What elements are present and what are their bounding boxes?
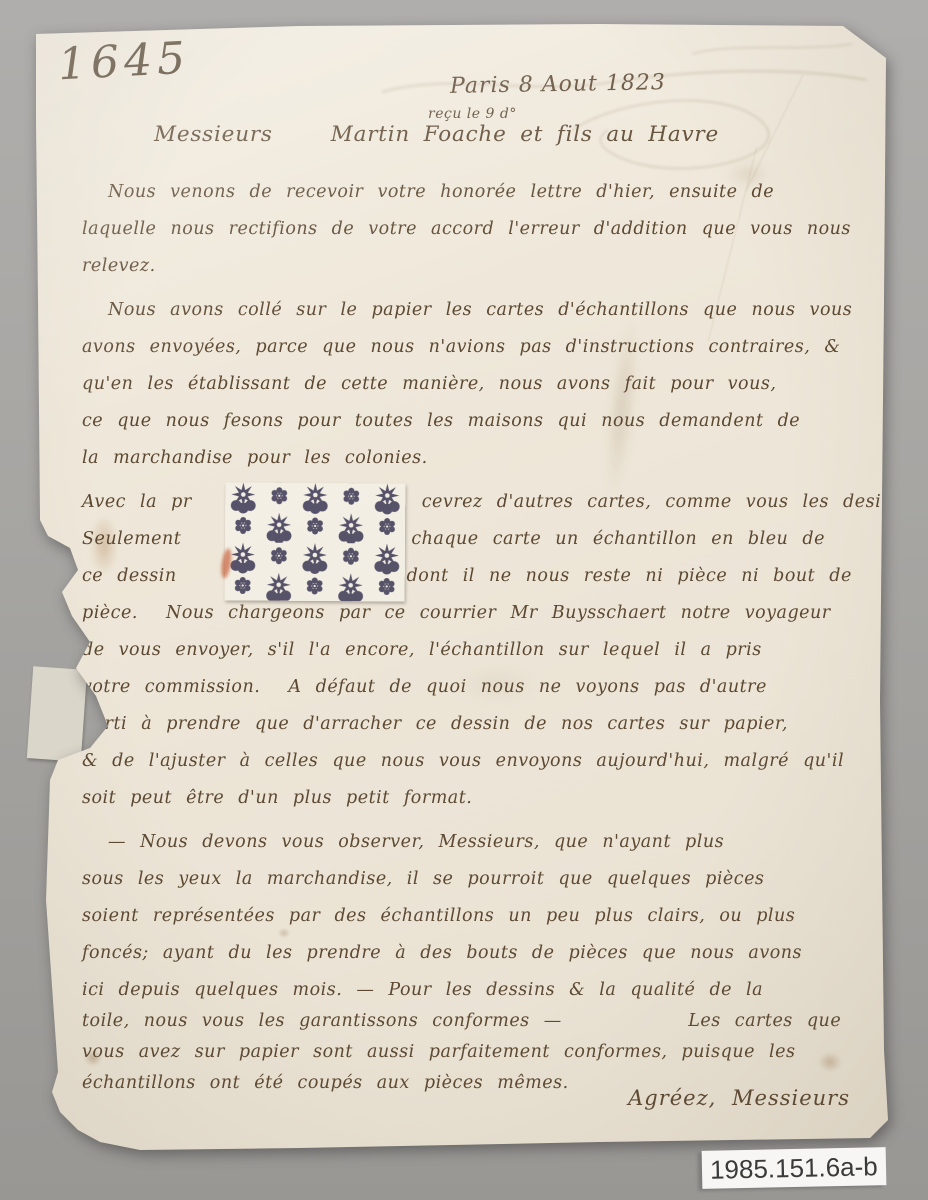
letter-line: Seulementchaque carte un échantillon en …	[82, 529, 882, 566]
letter-body-lines: Nous venons de recevoir votre honorée le…	[82, 182, 882, 1104]
letter-line: & de l'ajuster à celles que nous vous en…	[82, 751, 882, 788]
letter-line: toile, nous vous les garantissons confor…	[82, 1011, 882, 1042]
letter-paper-wrap: 1645 Paris 8 Aout 1823 reçu le 9 d° Mess…	[32, 24, 888, 1150]
letter-line: ici depuis quelques mois. — Pour les des…	[82, 980, 882, 1011]
paper-crease	[746, 74, 804, 191]
letter-line: qu'en les établissant de cette manière, …	[82, 374, 882, 411]
letter-line: laquelle nous rectifions de votre accord…	[82, 219, 882, 256]
photo-backdrop: 1645 Paris 8 Aout 1823 reçu le 9 d° Mess…	[0, 0, 928, 1200]
letter-line: Nous venons de recevoir votre honorée le…	[82, 182, 882, 219]
dateline: Paris 8 Aout 1823	[450, 70, 666, 99]
letter-line: pièce. Nous chargeons par ce courrier Mr…	[82, 603, 882, 640]
letter-line: — Nous devons vous observer, Messieurs, …	[82, 832, 882, 869]
fabric-swatch	[225, 482, 406, 601]
letter-line: foncés; ayant du les prendre à des bouts…	[82, 943, 882, 980]
letter-line: votre commission. A défaut de quoi nous …	[82, 677, 882, 714]
letter-line: ce dessindont il ne nous reste ni pièce …	[82, 566, 882, 603]
letter-line: sous les yeux la marchandise, il se pour…	[82, 869, 882, 906]
letter-line: Nous avons collé sur le papier les carte…	[82, 300, 882, 337]
letter-paper: 1645 Paris 8 Aout 1823 reçu le 9 d° Mess…	[32, 24, 888, 1150]
letter-line: la marchandise pour les colonies.	[82, 448, 882, 485]
letter-line: soit peut être d'un plus petit format.	[82, 788, 882, 825]
letter-line: de vous envoyer, s'il l'a encore, l'écha…	[82, 640, 882, 677]
salutation-names: Martin Foache et fils au Havre	[331, 122, 719, 147]
letter-line: parti à prendre que d'arracher ce dessin…	[82, 714, 882, 751]
letter-line: ce que nous fesons pour toutes les maiso…	[82, 411, 882, 448]
fabric-swatch-pattern	[225, 482, 406, 601]
letter-line: vous avez sur papier sont aussi parfaite…	[82, 1042, 882, 1073]
letter-line: soient représentées par des échantillons…	[82, 906, 882, 943]
closing: Agréez, Messieurs	[628, 1086, 850, 1110]
received-note: reçu le 9 d°	[428, 106, 517, 122]
letter-line: avons envoyées, parce que nous n'avions …	[82, 337, 882, 374]
archive-number: 1645	[57, 33, 191, 91]
salutation-messieurs: Messieurs	[154, 122, 273, 147]
accession-label: 1985.151.6a-b	[702, 1147, 886, 1189]
letter-line: relevez.	[82, 256, 882, 293]
letter-line: Avec la prcevrez d'autres cartes, comme …	[82, 492, 882, 529]
salutation: MessieursMartin Foache et fils au Havre	[154, 122, 719, 147]
